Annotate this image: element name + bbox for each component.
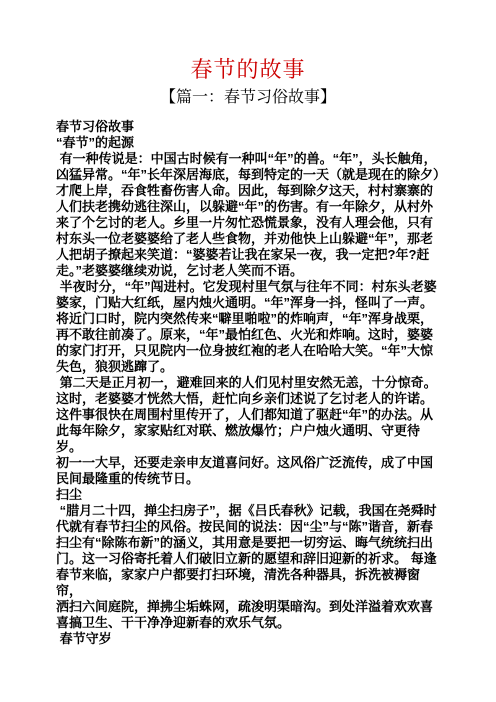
body-text-line: 第二天是正月初一，避难回来的人们见村里安然无恙，十分惊奇。: [56, 375, 444, 391]
body-text-line: 婆家，门贴大红纸，屋内烛火通明。“年”浑身一抖，怪叫了一声。: [56, 295, 444, 311]
body-heading-line: “春节”的起源: [56, 135, 444, 151]
body-text-line: 人们扶老携幼逃往深山，以躲避“年”的伤害。有一年除夕，从村外: [56, 199, 444, 215]
body-heading-line: 扫尘: [56, 487, 444, 503]
body-heading-line: 春节守岁: [56, 631, 444, 647]
body-text-line: 的家门打开，只见院内一位身披红袍的老人在哈哈大笑。“年”大惊: [56, 343, 444, 359]
section-heading: 【篇一：春节习俗故事】: [0, 88, 496, 108]
body-text-line: 凶猛异常。“年”长年深居海底，每到特定的一天（就是现在的除夕）: [56, 167, 444, 183]
body-text-line: 有一种传说是：中国古时候有一种叫“年”的兽。“年”，头长触角，: [56, 151, 444, 167]
body-text-line: 走。”老婆婆继续劝说，乞讨老人笑而不语。: [56, 263, 444, 279]
body-text-line: 扫尘有“除陈布新”的涵义，其用意是要把一切穷运、晦气统统扫出: [56, 535, 444, 551]
body-text-line: 喜搞卫生、干干净净迎新春的欢乐气氛。: [56, 615, 444, 631]
body-text-line: 人把胡子撩起来笑道：“婆婆若让我在家呆一夜，我一定把?年?赶: [56, 247, 444, 263]
body-text-line: 代就有春节扫尘的风俗。按民间的说法：因“尘”与“陈”谐音，新春: [56, 519, 444, 535]
body-text-line: 将近门口时，院内突然传来“噼里啪啦”的炸响声，“年”浑身战栗，: [56, 311, 444, 327]
document-title: 春节的故事: [0, 0, 496, 84]
body-text-line: 来了个乞讨的老人。乡里一片匆忙恐慌景象，没有人理会他，只有: [56, 215, 444, 231]
body-text-line: 失色，狼狈逃蹿了。: [56, 359, 444, 375]
body-text-line: 再不敢往前凑了。原来，“年”最怕红色、火光和炸响。这时，婆婆: [56, 327, 444, 343]
body-text-line: 洒扫六间庭院，掸拂尘垢蛛网，疏浚明渠暗沟。到处洋溢着欢欢喜: [56, 599, 444, 615]
body-text-line: 村东头一位老婆婆给了老人些食物，并劝他快上山躲避“年”，那老: [56, 231, 444, 247]
body-text-line: 民间最隆重的传统节日。: [56, 471, 444, 487]
body-text-line: 半夜时分，“年”闯进村。它发现村里气氛与往年不同：村东头老婆: [56, 279, 444, 295]
body-text-line: 初一一大早，还要走亲申友道喜问好。这风俗广泛流传，成了中国: [56, 455, 444, 471]
body-heading-line: 春节习俗故事: [56, 119, 444, 135]
document-body: 春节习俗故事“春节”的起源 有一种传说是：中国古时候有一种叫“年”的兽。“年”，…: [0, 119, 496, 647]
body-text-line: 门。这一习俗寄托着人们破旧立新的愿望和辞旧迎新的祈求。 每逢: [56, 551, 444, 567]
body-text-line: 才爬上岸，吞食牲畜伤害人命。因此，每到除夕这天，村村寨寨的: [56, 183, 444, 199]
body-text-line: 这时，老婆婆才恍然大悟，赶忙向乡亲们述说了乞讨老人的许诺。: [56, 391, 444, 407]
body-text-line: 春节来临，家家户户都要打扫环境，清洗各种器具，拆洗被褥窗帘，: [56, 567, 444, 599]
body-text-line: “腊月二十四，掸尘扫房子”，据《吕氏春秋》记载，我国在尧舜时: [56, 503, 444, 519]
document-page: 春节的故事 【篇一：春节习俗故事】 春节习俗故事“春节”的起源 有一种传说是：中…: [0, 0, 496, 702]
body-text-line: 此每年除夕，家家贴红对联、燃放爆竹；户户烛火通明、守更待岁。: [56, 423, 444, 455]
body-text-line: 这件事很快在周围村里传开了，人们都知道了驱赶“年”的办法。从: [56, 407, 444, 423]
